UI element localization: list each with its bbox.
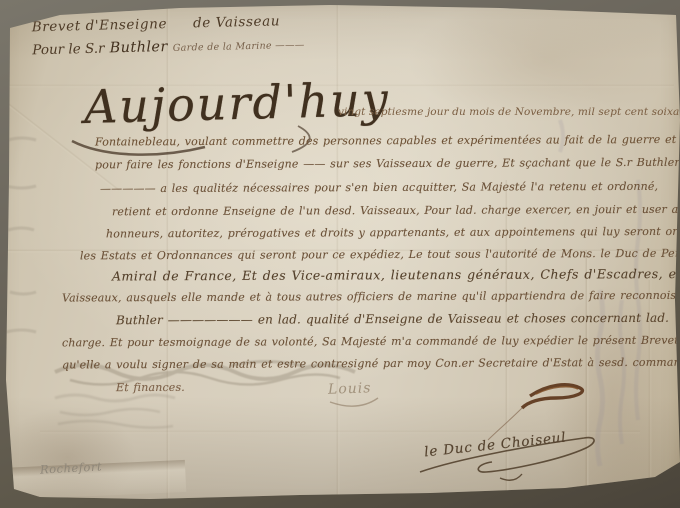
recipient-prefix: Pour le S.r <box>32 41 105 59</box>
docket-recipient: Pour le S.r Buthler Garde de la Marine —… <box>32 33 305 59</box>
countersignature: le Duc de Choiseul <box>424 430 568 461</box>
fold-crease-vertical-far-right <box>585 250 589 496</box>
body-line: pour faire les fonctions d'Enseigne —— s… <box>95 156 680 172</box>
body-line: ————— a les qualitéz nécessaires pour s'… <box>100 180 658 195</box>
royal-signature: Louis <box>328 380 372 398</box>
body-line: qu'elle a voulu signer de sa main et est… <box>62 356 680 372</box>
docket-title-part1: Brevet d'Enseigne <box>32 16 168 35</box>
body-line: Vaisseaux, ausquels elle mande et à tous… <box>62 289 680 305</box>
body-line-amiral: Amiral de France, Et des Vice-amiraux, l… <box>112 265 680 283</box>
body-line: les Estats et Ordonnances qui seront pou… <box>80 247 680 263</box>
bleedthrough-scribbles-lowerleft <box>55 395 175 428</box>
bleedthrough-left-margin <box>6 138 36 332</box>
parchment-document: Brevet d'Enseignede Vaisseau Pour le S.r… <box>0 0 680 508</box>
body-line: charge. Et pour tesmoignage de sa volont… <box>62 334 679 350</box>
body-line: honneurs, autoritez, prérogatives et dro… <box>106 225 680 241</box>
body-line: Fontainebleau, voulant commettre des per… <box>95 133 680 149</box>
docket-title-part2: de Vaisseau <box>193 13 280 31</box>
body-line: retient et ordonne Enseigne de l'un desd… <box>112 203 680 219</box>
opening-word: Aujourd'huy <box>83 72 390 134</box>
recipient-name: Buthler <box>109 39 167 56</box>
royal-signature-flourish <box>330 398 378 406</box>
photo-backdrop: Brevet d'Enseignede Vaisseau Pour le S.r… <box>0 0 680 508</box>
opening-date-clause: vingt septiesme jour du mois de Novembre… <box>338 106 658 118</box>
docket-header: Brevet d'Enseignede Vaisseau Pour le S.r… <box>32 13 305 59</box>
body-line-buthler: Buthler ——————— en lad. qualité d'Enseig… <box>116 311 669 327</box>
body-line-finances: Et finances. <box>116 381 185 394</box>
docket-title: Brevet d'Enseignede Vaisseau <box>32 13 305 36</box>
recipient-annotation: Garde de la Marine ——— <box>173 40 305 54</box>
